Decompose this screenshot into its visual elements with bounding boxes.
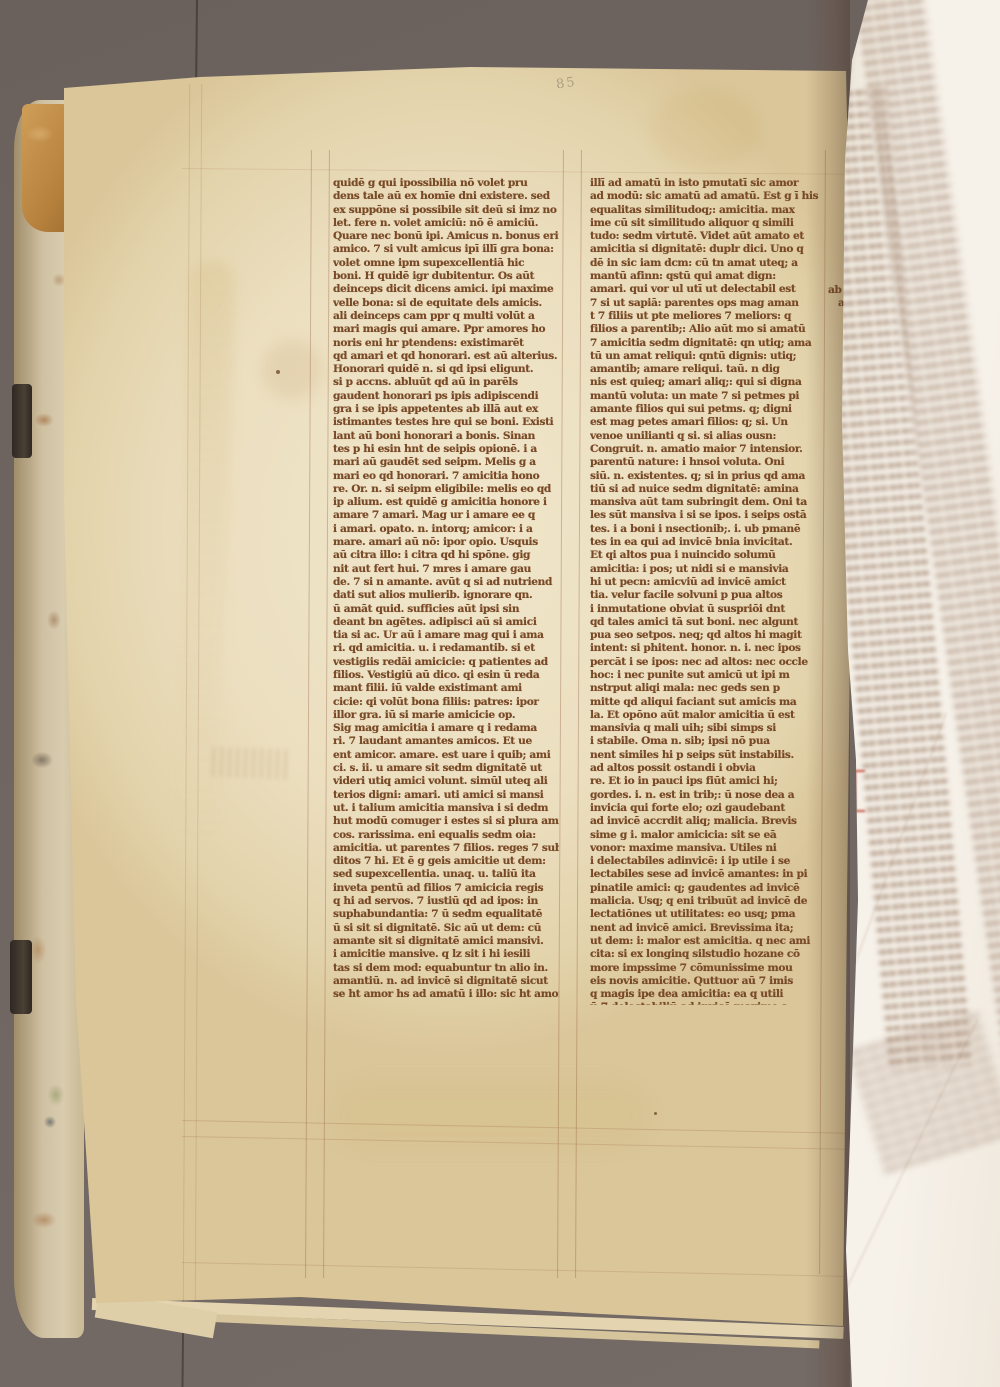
text-line: pinatile amici: q; gaudentes ad invicē	[590, 882, 819, 895]
text-line: illī ad amatū in isto pmutatī sic amor	[590, 177, 819, 190]
text-line: Et qi altos pua i nuincido solumū	[590, 549, 819, 562]
facing-page-recto-curled	[836, 0, 1000, 1387]
text-line: deinceps dicit dicens amici. ipi maxime	[333, 283, 559, 296]
text-line: amicitia: i pos; ut nidi si e mansivia	[590, 563, 819, 576]
text-line: quidē g qui ipossibilia nō volet pru	[333, 177, 559, 190]
text-line: tū un amat reliqui: qntū dignis: utiq;	[590, 350, 819, 363]
text-line: filios. Vestigiū aū dico. qi esin ū reda	[333, 669, 559, 682]
text-line: nis est quieq; amari aliq;: qui si digna	[590, 376, 819, 389]
text-line: i inmutatione obviat ū suspriōi dnt	[590, 603, 819, 616]
parchment-stain	[650, 90, 760, 170]
text-line: tas si dem mod: equabuntur tn alio in.	[333, 962, 559, 975]
text-line: dens tale aū ex homīe dni existere. sed	[333, 190, 559, 203]
text-line: suphabundantia: 7 ū sedm equalitatē	[333, 908, 559, 921]
text-line: Congruit. n. amatio maior 7 intensior.	[590, 443, 819, 456]
text-line: istimantes testes hre qui se boni. Exist…	[333, 416, 559, 429]
text-line: re. Et io in pauci ips fiūt amici hi;	[590, 775, 819, 788]
text-line: inveta pentū ad filios 7 amicicia regis	[333, 882, 559, 895]
text-line: ri. 7 laudant amantes amicos. Et ue	[333, 735, 559, 748]
text-line: de. 7 si n amante. avūt q si ad nutriend	[333, 576, 559, 589]
text-line: more impssime 7 cōmunissime mou	[590, 962, 819, 975]
text-line: mitte qd aliqui faciant sut amicis ma	[590, 696, 819, 709]
text-line: gra i se ipis appetentes ab illā aut ex	[333, 403, 559, 416]
text-line: cita: si ex longinq silstudio hozane cō	[590, 948, 819, 961]
text-line: Quare nec bonū ipi. Amicus n. bonus erit	[333, 230, 559, 243]
text-line: venoe unilianti q si. si alias ousn:	[590, 430, 819, 443]
text-line: mare. amari aū nō: ipor opio. Usquis	[333, 536, 559, 549]
text-line: qd tales amici tā sut boni. nec algunt	[590, 616, 819, 629]
folio-number-pencil: 85	[555, 71, 607, 93]
text-line: tes p hi esin hnt de seipis opionē. i a	[333, 443, 559, 456]
text-line: ime cū sit similitudo aliquor q simili	[590, 217, 819, 230]
text-line: i stabile. Oma n. sib; ipsi nō pua	[590, 735, 819, 748]
text-line: vonor: maxime mansiva. Utiles ni	[590, 842, 819, 855]
text-line: nent similes hi p seips sūt instabilis.	[590, 749, 819, 762]
text-line: invicia qui forte elo; ozi gaudebant	[590, 802, 819, 815]
text-line: amare 7 amari. Mag ur i amare ee q	[333, 509, 559, 522]
text-line: let. fere n. volet amiciū: nō ē amiciū.	[333, 217, 559, 230]
text-line: hut modū comuger i estes si si plura ami	[333, 815, 559, 828]
manuscript-photo: 85 quidē g qui ipossibilia nō volet prud…	[0, 0, 1000, 1387]
text-line: si p accns. abluūt qd aū in parēls	[333, 376, 559, 389]
text-line: tiū si ad nuice sedm dignitatē: amina	[590, 483, 819, 496]
text-line: amante filios qui sui petms. q; digni	[590, 403, 819, 416]
text-line: velle bona: si de equitate dels amicis.	[333, 297, 559, 310]
text-line: mari magis qui amare. Ppr amores ho	[333, 323, 559, 336]
text-line: mari eo qd honorari. 7 amicitia hono	[333, 470, 559, 483]
text-line: 7 amicitia sedm dignitatē: qn utiq; ama	[590, 337, 819, 350]
text-line: nit aut fert hui. 7 mres i amare gau	[333, 563, 559, 576]
text-line: nstrput aliqi mala: nec geds sen p	[590, 682, 819, 695]
show-through-text	[212, 747, 291, 780]
text-line: dati sut alios mulierib. ignorare qn.	[333, 589, 559, 602]
text-line: q hi ad servos. 7 iustiū qd ad ipos: in	[333, 895, 559, 908]
text-line: est mag petes amari filios: q; si. Un	[590, 416, 819, 429]
text-line: ad altos possit ostandi i obvia	[590, 762, 819, 775]
parchment-stain	[262, 340, 322, 400]
text-line: amante sit si dignitatē amici mansivi.	[333, 935, 559, 948]
text-line: amantiū. n. ad invicē si dignitatē sicut	[333, 975, 559, 988]
text-line: cos. rarissima. eni equalis sedm oia:	[333, 829, 559, 842]
text-line: intent: si phitent. honor. n. i. nec ipo…	[590, 642, 819, 655]
text-line: cicie: qi volūt bona filiis: patres: ipo…	[333, 696, 559, 709]
text-line: ci. s. ii. u amare sit sedm dignitatē ut	[333, 762, 559, 775]
text-line: amicitia si dignitatē: duplr dici. Uno q	[590, 243, 819, 256]
facing-page-shadow	[806, 0, 850, 1387]
text-line: mantū afinn: qstū qui amat dign:	[590, 270, 819, 283]
ink-spot	[654, 1112, 657, 1115]
text-line: vestigiis redāi amicicie: q patientes ad	[333, 656, 559, 669]
text-line: hi ut pecn: amicviū ad invicē amict	[590, 576, 819, 589]
text-line: nent ad invicē amici. Brevissima ita;	[590, 922, 819, 935]
ruling-vertical	[323, 150, 330, 1278]
text-line: sed supexcellentia. unaq. u. taliū ita	[333, 868, 559, 881]
ruling-vertical	[305, 150, 312, 1278]
text-line: videri utiq amici volunt. simūl uteq ali	[333, 775, 559, 788]
text-line: sime g i. malor amicicia: sit se eā	[590, 829, 819, 842]
text-line: ū si sit si dignitatē. Sic aū ut dem: cū	[333, 922, 559, 935]
text-line: mant filii. iū valde existimant ami	[333, 682, 559, 695]
text-line: i amicitie mansive. q lz sit i hi iesili	[333, 948, 559, 961]
text-line: ex suppōne si possibile sit deū si imz n…	[333, 204, 559, 217]
text-line: re. Or. n. si seipm eligibile: melis eo …	[333, 483, 559, 496]
text-line: lectatiōnes ut utilitates: eo usq; pma	[590, 908, 819, 921]
text-line: amico. 7 si vult amicus ipī illī gra bon…	[333, 243, 559, 256]
text-column-left: quidē g qui ipossibilia nō volet prudens…	[333, 177, 559, 1003]
text-line: gordes. i. n. est in trib;: ū nose dea a	[590, 789, 819, 802]
text-line: mari aū gaudēt sed seipm. Melis g a	[333, 456, 559, 469]
text-line: illor gra. iū si marie amicicie op.	[333, 709, 559, 722]
text-line: eis novis amicitie. Quttuor aū 7 imis	[590, 975, 819, 988]
text-line: ut. i talium amicitia mansiva i si dedm	[333, 802, 559, 815]
text-line: ad invicē accrdit aliq; malicia. Brevis	[590, 815, 819, 828]
text-line: ent amicor. amare. est uare i quib; ami	[333, 749, 559, 762]
ruling-horizontal	[182, 1262, 846, 1277]
blurred-text-column	[846, 1012, 1000, 1177]
text-line: ip alium. est quidē g amicitia honore i	[333, 496, 559, 509]
text-line: les sūt mansiva i si se ipos. i seips os…	[590, 509, 819, 522]
text-line: mansiva aūt tam subringit dem. Oni ta	[590, 496, 819, 509]
text-line: filios a parentib;: Alio aūt mo si amatū	[590, 323, 819, 336]
text-line: q magis ipe dea amicitia: ea q utili	[590, 988, 819, 1001]
text-line: terios digni: amari. uti amici si mansi	[333, 789, 559, 802]
text-line: ali deinceps cam ppr q multi volūt a	[333, 310, 559, 323]
text-line: ad modū: sic amatū ad amatū. Est g ī his	[590, 190, 819, 203]
text-line: ut dem: i: malor est amicitia. q nec ami	[590, 935, 819, 948]
text-line: hoc: i nec punite sut amicū ut ipi m	[590, 669, 819, 682]
text-line: amari. qui vor ul utī ut delectabil est	[590, 283, 819, 296]
text-line: boni. H quidē igr dubitentur. Os aūt	[333, 270, 559, 283]
text-line: tia si ac. Ur aū i amare mag qui i ama	[333, 629, 559, 642]
text-line: i amari. opato. n. intorq; amicor: i a	[333, 523, 559, 536]
text-line: ū 7 delectabiliū ad invicē maxime a	[590, 1001, 819, 1005]
text-line: se ht amor hs ad amatū i illo: sic ht am…	[333, 988, 559, 1001]
metal-clasp-top	[12, 384, 32, 458]
text-line: 7 si ut sapiā: parentes ops mag aman	[590, 297, 819, 310]
text-line: lant aū boni honorari a bonis. Sinan	[333, 430, 559, 443]
text-line: deant bn agētes. adipisci aū si amici	[333, 616, 559, 629]
text-line: noris eni hr ptendens: existimarēt	[333, 337, 559, 350]
text-line: tia. velur facile solvuni p pua altos	[590, 589, 819, 602]
ink-spot	[276, 370, 280, 374]
text-line: la. Et opōno aūt malor amicitia ū est	[590, 709, 819, 722]
text-line: aū citra illo: i citra qd hi spōne. gig	[333, 549, 559, 562]
text-line: ditos 7 hi. Et ē g geis amicitie ut dem:	[333, 855, 559, 868]
text-line: Sig mag amicitia i amare q i redama	[333, 722, 559, 735]
text-line: mantū voluta: un mate 7 si petmes pi	[590, 390, 819, 403]
text-line: ū amāt quid. sufficies aūt ipsi sin	[333, 603, 559, 616]
text-line: t 7 filiis ut pte meliores 7 meliors: q	[590, 310, 819, 323]
text-line: ri. qd amicitia. u. i redamantib. si et	[333, 642, 559, 655]
text-line: Honorari quidē n. si qd ipsi eligunt.	[333, 363, 559, 376]
text-line: tudo: sedm virtutē. Videt aūt amato et	[590, 230, 819, 243]
text-line: qd amari et qd honorari. est aū alterius…	[333, 350, 559, 363]
text-line: malicia. Usq; q eni tribuūt ad invicē de	[590, 895, 819, 908]
text-line: pua seo setpos. neq; qd altos hi magit	[590, 629, 819, 642]
text-line: amicitia. ut parentes 7 filios. reges 7 …	[333, 842, 559, 855]
text-line: tes. i a boni i nsectionib;. i. ub pmanē	[590, 523, 819, 536]
text-line: percāt i se ipos: nec ad altos: nec occl…	[590, 656, 819, 669]
text-line: parentū nature: i hnsoi voluta. Oni	[590, 456, 819, 469]
text-line: lectabiles sese ad invicē amantes: in pi	[590, 868, 819, 881]
ruling-horizontal	[182, 168, 846, 175]
text-line: gaudent honorari ps ipis adipiscendi	[333, 390, 559, 403]
text-line: siū. n. existentes. q; si in prius qd am…	[590, 470, 819, 483]
text-line: dē in sic iam dcm: cū tn amat uteq; a	[590, 257, 819, 270]
text-line: amantib; amare reliqui. taū. n dig	[590, 363, 819, 376]
text-line: tes in ea qui ad invicē bnia invicitat.	[590, 536, 819, 549]
text-line: volet omne ipm supexcellentiā hic	[333, 257, 559, 270]
text-line: mansivia q mali uih; sibi simps si	[590, 722, 819, 735]
text-line: equalitas similitudoq;: amicitia. max	[590, 204, 819, 217]
metal-clasp-bottom	[10, 940, 32, 1014]
text-line: i delectabiles adinvicē: i ip utile i se	[590, 855, 819, 868]
text-column-right: illī ad amatū in isto pmutatī sic amorad…	[590, 177, 819, 1005]
